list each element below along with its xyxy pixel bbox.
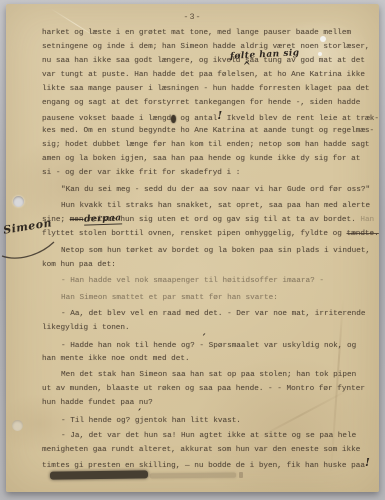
typed-line: Men det stak han Simeon saa han sat op p… bbox=[42, 368, 378, 382]
typed-text: sine; bbox=[42, 216, 70, 224]
typed-line: han mente ikke noe ondt med det. bbox=[42, 352, 378, 366]
typed-line: kom hun paa det: bbox=[42, 258, 378, 272]
typed-line: - Ja, det var det hun sa! Hun agtet ikke… bbox=[42, 429, 378, 443]
typed-text: kes med. Om en stund begyndte ho Ane Kat… bbox=[42, 127, 374, 135]
scanned-page-background: -3- harket og læste i en grøtet mat tone… bbox=[0, 0, 385, 500]
typed-line: nu saa han ikke saa godt længere, og ikv… bbox=[42, 54, 378, 68]
typed-line: "Kan du sei meg - sedd du der aa sov naa… bbox=[42, 183, 378, 197]
typed-line: si - og der var ikke frit for skadefryd … bbox=[42, 166, 378, 180]
obliterated-line-smudge bbox=[50, 470, 148, 479]
typed-text: - Han hadde vel nok smaapenger til høiti… bbox=[61, 277, 324, 285]
punch-hole-top bbox=[13, 196, 24, 207]
typed-text: hun hadde fundet paa nu? bbox=[42, 399, 153, 407]
typed-text: amen og la boken igjen, saa han paa hend… bbox=[42, 155, 360, 163]
obliterated-line-faint-trace bbox=[239, 472, 243, 478]
typed-line: Netop som hun tørket av bordet og la bok… bbox=[42, 244, 378, 258]
typed-line: sig; hodet dubbet længe før han kom til … bbox=[42, 138, 378, 152]
typed-line: Hun kvakk til straks han snakket, sat op… bbox=[42, 199, 378, 213]
page-number: -3- bbox=[0, 12, 385, 22]
typed-text: ut av munden, blaaste ut røken og saa pa… bbox=[42, 385, 365, 393]
typed-line: ut av munden, blaaste ut røken og saa pa… bbox=[42, 382, 378, 396]
typed-text-block: harket og læste i en grøtet mat tone, me… bbox=[42, 26, 378, 471]
typed-text: harket og læste i en grøtet mat tone, me… bbox=[42, 29, 351, 37]
typed-text: Hun kvakk til straks han snakket, sat op… bbox=[61, 202, 370, 210]
typed-text: timtes gi presten en skilling, — nu bodd… bbox=[42, 462, 365, 470]
typed-text: var tungt at puste. Han hadde det paa fø… bbox=[42, 71, 365, 79]
typed-line: engang og sagt at det forstyrret tankega… bbox=[42, 96, 378, 110]
typed-line: menigheten gaa rundt alteret, akkurat so… bbox=[42, 443, 378, 457]
typed-line: sine; men reiste hun sig uten et ord og … bbox=[42, 213, 378, 227]
typed-line: hun hadde fundet paa nu? bbox=[42, 396, 378, 410]
typed-line: - Hadde han nok til hende og´? - Spørsma… bbox=[42, 338, 378, 352]
typed-line: Han Simeon smattet et par smatt før han … bbox=[42, 291, 378, 305]
typed-text: likegyldig i tonen. bbox=[42, 324, 130, 332]
typed-line: likegyldig i tonen. bbox=[42, 321, 378, 335]
obliterated-line-faint-trace bbox=[150, 473, 236, 479]
typed-text-faded: Han bbox=[360, 216, 374, 224]
handwritten-mark: ! bbox=[217, 109, 222, 122]
typed-text: - Hadde han nok til hende og bbox=[61, 342, 190, 350]
typed-text: engang og sagt at det forstyrret tankega… bbox=[42, 99, 360, 107]
typed-text: Netop som hun tørket av bordet og la bok… bbox=[61, 247, 370, 255]
typed-text: reiste hun sig uten et ord og gav sig ti… bbox=[84, 216, 361, 224]
typed-text: ? gjentok han litt kvast. bbox=[126, 417, 241, 425]
typed-line: timtes gi presten en skilling, — nu bodd… bbox=[42, 457, 378, 471]
typed-text: menigheten gaa rundt alteret, akkurat so… bbox=[42, 446, 360, 454]
punch-hole-bottom bbox=[12, 420, 23, 431]
typed-text: Han Simeon smattet et par smatt før han … bbox=[61, 294, 278, 302]
struck-word: men bbox=[70, 216, 84, 224]
typed-text: og antal bbox=[176, 115, 218, 123]
paper-fleck bbox=[318, 52, 322, 56]
typed-line: setningene og inde i dem; han Simeon had… bbox=[42, 40, 378, 54]
typed-line: kes med. Om en stund begyndte ho Ane Kat… bbox=[42, 124, 378, 138]
ink-flourish bbox=[0, 232, 60, 262]
typed-line: likte saa mange pauser i læsningen - hun… bbox=[42, 82, 378, 96]
typed-text: pausene vokset baade i længd bbox=[42, 115, 171, 123]
typed-text: Men det stak han Simeon saa han sat op p… bbox=[61, 371, 356, 379]
typed-text: - Aa, det blev vel en raad med det. - De… bbox=[61, 310, 365, 318]
typed-text: setningene og inde i dem; han Simeon had… bbox=[42, 43, 370, 51]
typed-text: - Ja, det var det hun sa! Hun agtet ikke… bbox=[61, 432, 356, 440]
typed-text: han mente ikke noe ondt med det. bbox=[42, 355, 190, 363]
typed-line: - Han hadde vel nok smaapenger til høiti… bbox=[42, 274, 378, 288]
typed-text: Ikveld blev de rent leie at træk- bbox=[222, 115, 379, 123]
typed-text: nu saa han ikke saa godt længere, og ikv… bbox=[42, 57, 365, 65]
typed-line: - Til hende og´? gjentok han litt kvast. bbox=[42, 413, 378, 427]
typed-line: var tungt at puste. Han hadde det paa fø… bbox=[42, 68, 378, 82]
typed-text: si - og der var ikke frit for skadefryd … bbox=[42, 169, 240, 177]
typed-text: sig; hodet dubbet længe før han kom til … bbox=[42, 141, 370, 149]
struck-typed-text: tændte. bbox=[346, 230, 378, 238]
typed-text: flyttet stolen borttil ovnen, rensket pi… bbox=[42, 230, 346, 238]
typed-text: likte saa mange pauser i læsningen - hun… bbox=[42, 85, 370, 93]
typed-line: pausene vokset baade i længde og antal! … bbox=[42, 110, 378, 124]
typed-text: "Kan du sei meg - sedd du der aa sov naa… bbox=[61, 186, 370, 194]
typed-line: harket og læste i en grøtet mat tone, me… bbox=[42, 26, 378, 40]
handwritten-mark: ! bbox=[365, 456, 370, 469]
paper-fleck bbox=[320, 36, 326, 42]
typed-line: flyttet stolen borttil ovnen, rensket pi… bbox=[42, 227, 378, 241]
typed-line: amen og la boken igjen, saa han paa hend… bbox=[42, 152, 378, 166]
typed-text: ? - Spørsmaalet var uskyldig nok, og bbox=[190, 342, 356, 350]
typed-text: - Til hende og bbox=[61, 417, 126, 425]
typed-line: - Aa, det blev vel en raad med det. - De… bbox=[42, 307, 378, 321]
